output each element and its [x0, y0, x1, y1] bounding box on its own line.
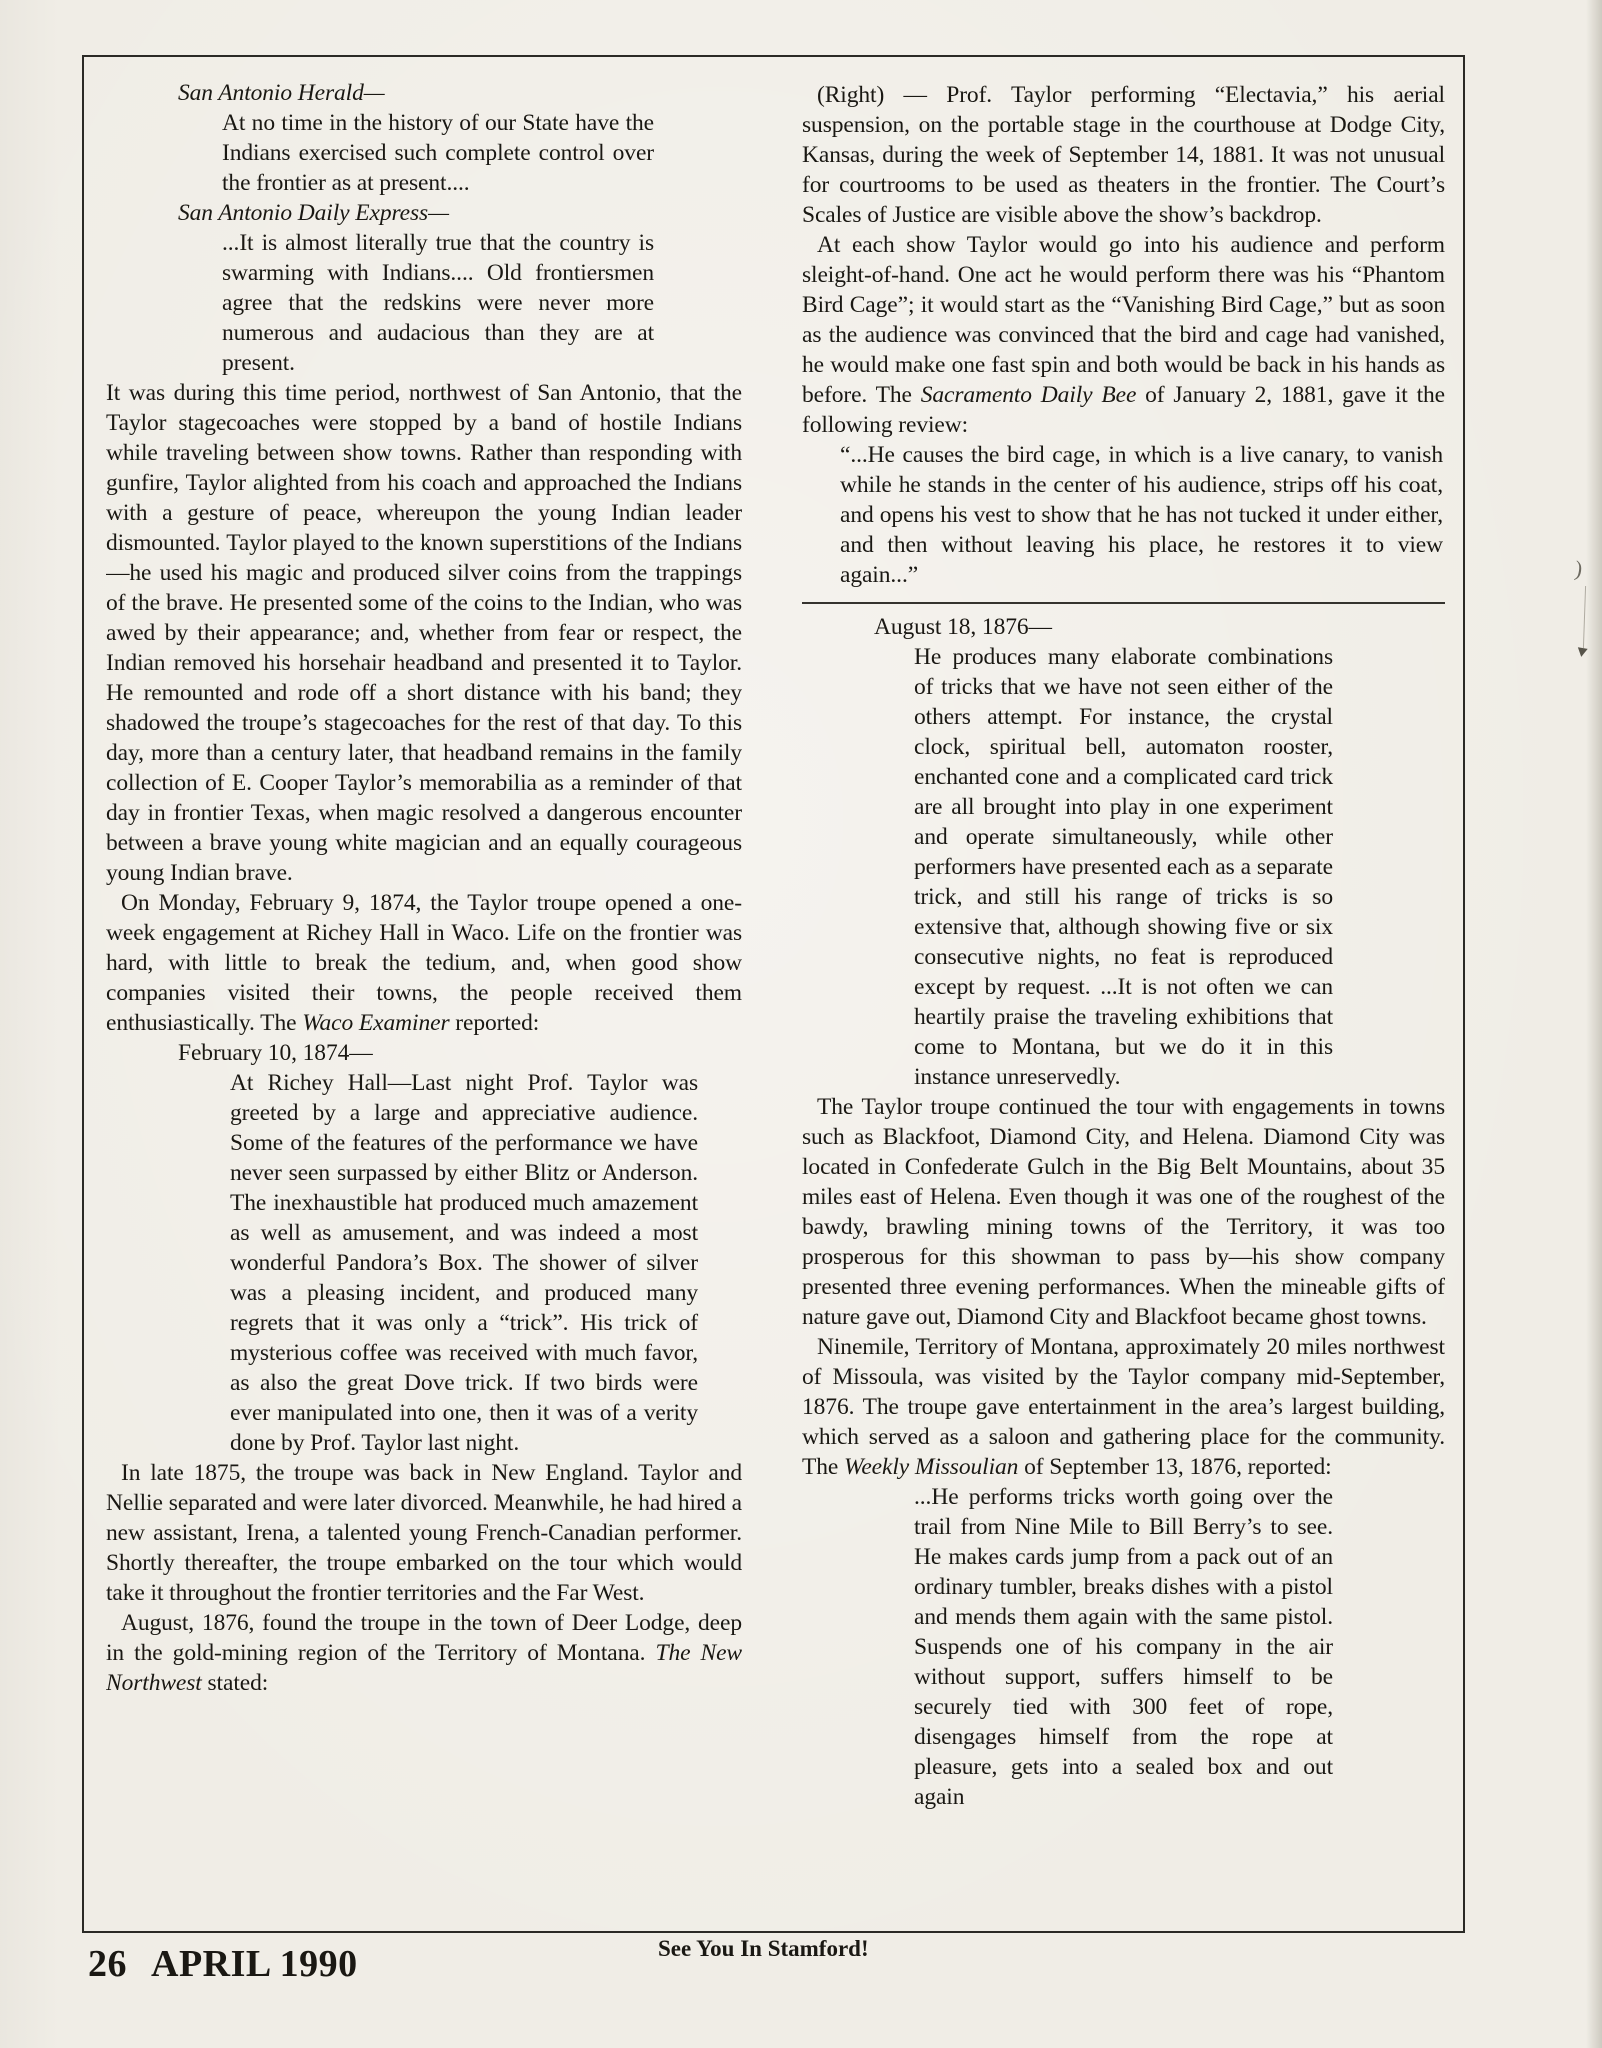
- page-number: 26: [88, 1942, 127, 1986]
- publication-title: Waco Examiner: [302, 1010, 449, 1036]
- paragraph: On Monday, February 9, 1874, the Taylor …: [106, 888, 742, 1038]
- publication-title: San Antonio Herald—: [178, 80, 385, 106]
- text-run: He produces many elaborate combinations …: [914, 644, 1333, 1090]
- text-run: (Right) — Prof. Taylor performing “Elect…: [802, 82, 1445, 228]
- text-run: ...He performs tricks worth going over t…: [914, 1484, 1333, 1810]
- text-run: reported:: [450, 1010, 540, 1036]
- paragraph: August, 1876, found the troupe in the to…: [106, 1608, 742, 1698]
- quote-body: ...He performs tricks worth going over t…: [914, 1482, 1333, 1812]
- scan-artifact-bracket: ): [1573, 556, 1584, 583]
- quote-heading: San Antonio Daily Express—: [178, 198, 742, 228]
- quote-body: ...It is almost literally true that the …: [222, 228, 654, 378]
- text-run: It was during this time period, northwes…: [106, 380, 742, 886]
- issue-date: APRIL 1990: [151, 1942, 358, 1986]
- text-run: August, 1876, found the troupe in the to…: [106, 1610, 742, 1666]
- text-run: At no time in the history of our State h…: [222, 110, 654, 196]
- paragraph: It was during this time period, northwes…: [106, 378, 742, 888]
- text-run: In late 1875, the troupe was back in New…: [106, 1460, 742, 1606]
- right-column: (Right) — Prof. Taylor performing “Elect…: [802, 80, 1445, 1928]
- publication-title: Sacramento Daily Bee: [921, 382, 1137, 408]
- paragraph: Ninemile, Territory of Montana, approxim…: [802, 1332, 1445, 1482]
- page-footer: 26 APRIL 1990: [88, 1942, 358, 1986]
- text-run: The Taylor troupe continued the tour wit…: [802, 1094, 1445, 1330]
- quote-body: “...He causes the bird cage, in which is…: [840, 440, 1443, 590]
- quote-body: At no time in the history of our State h…: [222, 108, 654, 198]
- quote-heading: February 10, 1874—: [178, 1038, 742, 1068]
- quote-heading: August 18, 1876—: [874, 612, 1445, 642]
- paragraph: In late 1875, the troupe was back in New…: [106, 1458, 742, 1608]
- text-run: stated:: [202, 1670, 268, 1696]
- footer-note: See You In Stamford!: [658, 1936, 869, 1962]
- text-run: At Richey Hall—Last night Prof. Taylor w…: [230, 1070, 698, 1456]
- paragraph: (Right) — Prof. Taylor performing “Elect…: [802, 80, 1445, 230]
- scan-edge-shadow: [1586, 0, 1602, 2048]
- quote-heading: San Antonio Herald—: [178, 78, 742, 108]
- text-run: ...It is almost literally true that the …: [222, 230, 654, 376]
- publication-title: San Antonio Daily Express—: [178, 200, 449, 226]
- text-run: “...He causes the bird cage, in which is…: [840, 442, 1443, 588]
- text-run: February 10, 1874—: [178, 1040, 373, 1066]
- magazine-page: San Antonio Herald—At no time in the his…: [0, 0, 1602, 2048]
- paragraph: At each show Taylor would go into his au…: [802, 230, 1445, 440]
- text-run: of September 13, 1876, reported:: [1018, 1454, 1331, 1480]
- text-run: August 18, 1876—: [874, 614, 1052, 640]
- publication-title: Weekly Missoulian: [844, 1454, 1018, 1480]
- left-column: San Antonio Herald—At no time in the his…: [106, 78, 742, 1926]
- quote-body: At Richey Hall—Last night Prof. Taylor w…: [230, 1068, 698, 1458]
- section-divider: [802, 602, 1445, 604]
- paragraph: The Taylor troupe continued the tour wit…: [802, 1092, 1445, 1332]
- quote-body: He produces many elaborate combinations …: [914, 642, 1333, 1092]
